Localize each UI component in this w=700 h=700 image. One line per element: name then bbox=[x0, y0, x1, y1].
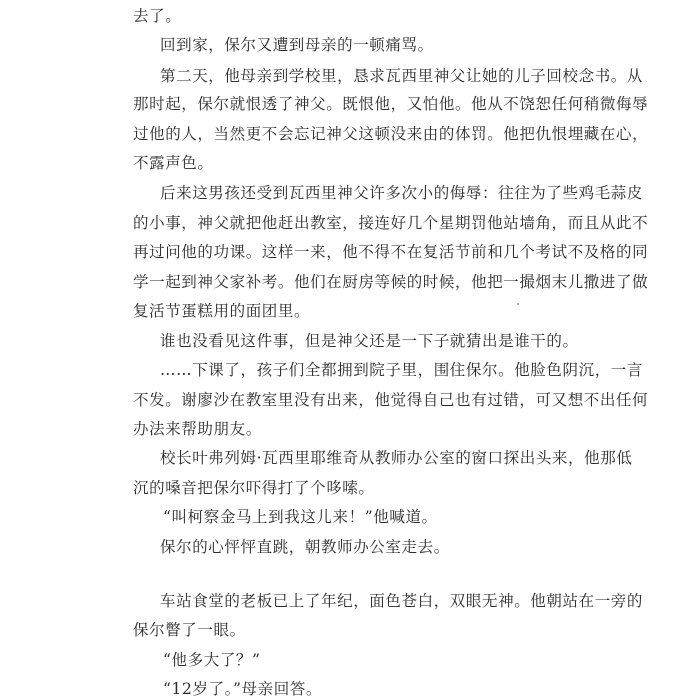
text-line: 保尔瞥了一眼。 bbox=[133, 620, 246, 640]
text-line: “他多大了？” bbox=[163, 650, 261, 670]
text-line: 的小事，神父就把他赶出教室，接连好几个星期罚他站墙角，而且从此不 bbox=[133, 213, 648, 233]
text-line: 办法来帮助朋友。 bbox=[133, 419, 262, 439]
text-line: 不露声色。 bbox=[133, 153, 214, 173]
text-line: 谁也没看见这件事，但是神父还是一下子就猜出是谁干的。 bbox=[160, 331, 579, 351]
text-line: 保尔的心怦怦直跳，朝教师办公室走去。 bbox=[160, 537, 450, 557]
text-line: 回到家，保尔又遭到母亲的一顿痛骂。 bbox=[160, 35, 434, 55]
text-line: 去了。 bbox=[133, 6, 181, 26]
text-line: “叫柯察金马上到我这儿来！”他喊道。 bbox=[163, 507, 438, 527]
text-line: 沉的嗓音把保尔吓得打了个哆嗦。 bbox=[133, 478, 375, 498]
text-line: 校长叶弗列姆·瓦西里耶维奇从教师办公室的窗口探出头来，他那低 bbox=[160, 448, 632, 468]
text-line: 不发。谢廖沙在教室里没有出来，他觉得自己也有过错，可又想不出任何 bbox=[133, 390, 648, 410]
text-line: 后来这男孩还受到瓦西里神父许多次小的侮辱：往往为了些鸡毛蒜皮 bbox=[160, 183, 643, 203]
text-line: 车站食堂的老板已上了年纪，面色苍白，双眼无神。他朝站在一旁的 bbox=[160, 591, 643, 611]
text-line: 过他的人，当然更不会忘记神父这顿没来由的体罚。他把仇恨埋藏在心， bbox=[133, 124, 648, 144]
book-page: 去了。回到家，保尔又遭到母亲的一顿痛骂。第二天，他母亲到学校里，恳求瓦西里神父让… bbox=[0, 0, 700, 700]
text-line: 再过问他的功课。这样一来，他不得不在复活节前和几个考试不及格的同 bbox=[133, 242, 648, 262]
text-line: ……下课了，孩子们全都拥到院子里，围住保尔。他脸色阴沉，一言 bbox=[160, 360, 643, 380]
text-line: 学一起到神父家补考。他们在厨房等候的时候，他把一撮烟末儿撒进了做 bbox=[133, 272, 648, 292]
text-line: 那时起，保尔就恨透了神父。既恨他，又怕他。他从不饶恕任何稍微侮辱 bbox=[133, 94, 648, 114]
text-line: 第二天，他母亲到学校里，恳求瓦西里神父让她的儿子回校念书。从 bbox=[160, 66, 643, 86]
text-line: 复活节蛋糕用的面团里。 bbox=[133, 301, 310, 321]
scan-speck bbox=[517, 303, 519, 305]
text-line: “12岁了。”母亲回答。 bbox=[163, 679, 322, 699]
